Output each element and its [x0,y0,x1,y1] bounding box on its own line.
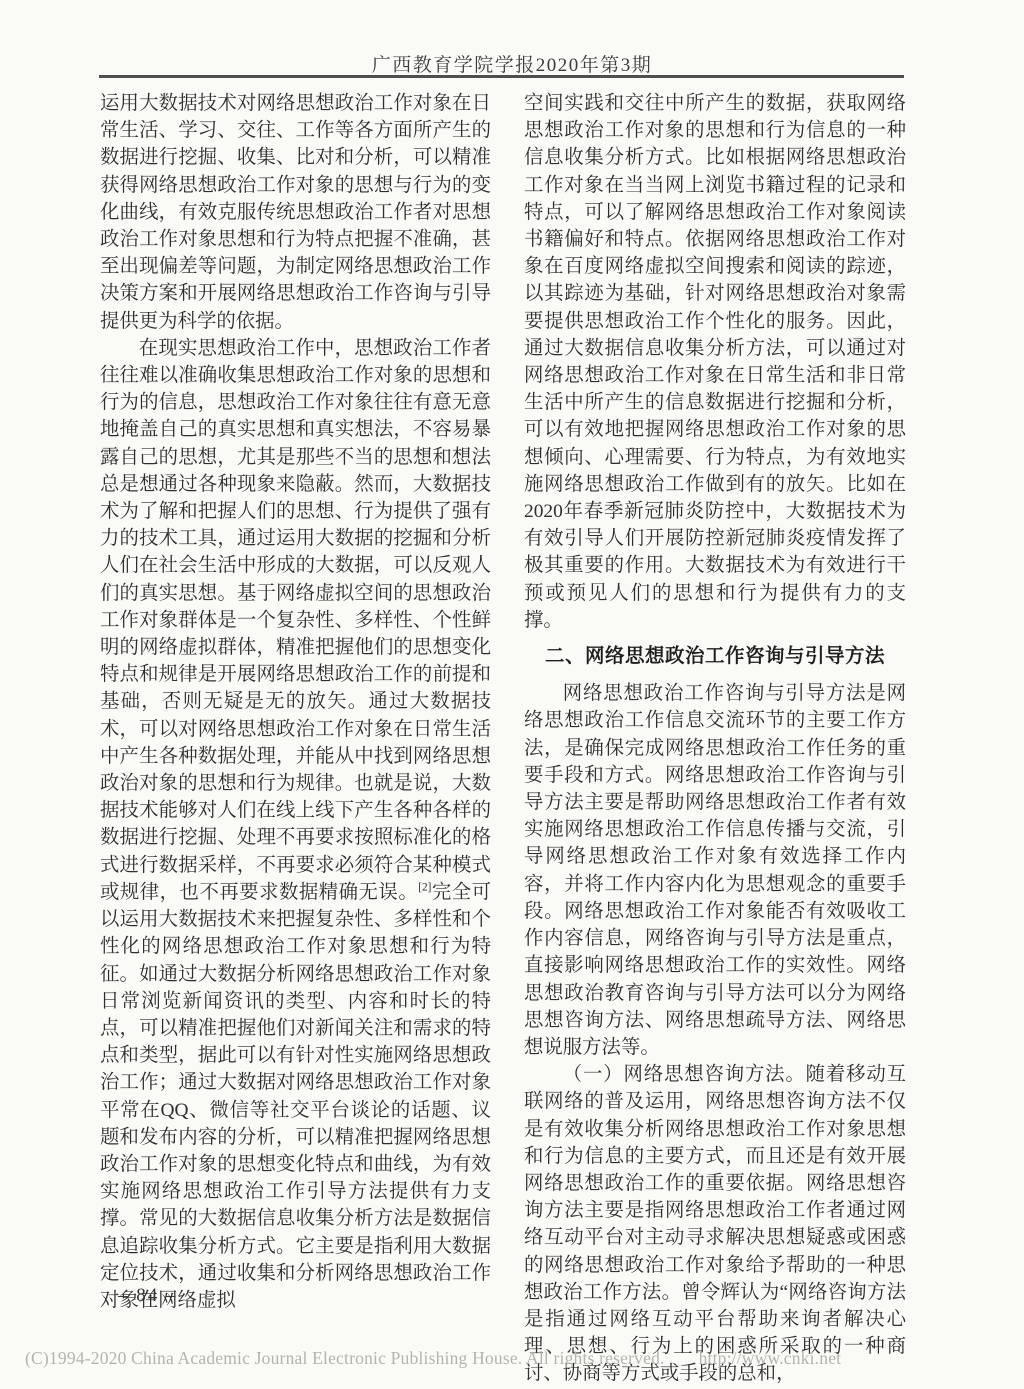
section-heading: 二、网络思想政治工作咨询与引导方法 [524,643,906,670]
right-column: 空间实践和交往中所产生的数据，获取网络思想政治工作对象的思想和行为信息的一种信息… [524,90,906,1388]
paragraph-continuation-from-previous-page: 运用大数据技术对网络思想政治工作对象在日常生活、学习、交往、工作等各方面所产生的… [100,90,491,335]
paragraph: 网络思想政治工作咨询与引导方法是网络思想政治工作信息交流环节的主要工作方法，是确… [524,680,906,1061]
copyright-footer: (C)1994-2020 China Academic Journal Elec… [25,1348,1005,1369]
page-number: – 84 – [118,1285,178,1307]
left-column: 运用大数据技术对网络思想政治工作对象在日常生活、学习、交往、工作等各方面所产生的… [100,90,491,1314]
footnote-ref-2: [2] [418,881,431,893]
journal-page: 广西教育学院学报2020年第3期 运用大数据技术对网络思想政治工作对象在日常生活… [0,0,1024,1389]
copyright-text: (C)1994-2020 China Academic Journal Elec… [25,1348,665,1368]
paragraph: 在现实思想政治工作中，思想政治工作者往往难以准确收集思想政治工作对象的思想和行为… [100,335,491,1314]
header-rule [99,75,904,78]
paragraph-text: 在现实思想政治工作中，思想政治工作者往往难以准确收集思想政治工作对象的思想和行为… [100,338,491,903]
cnki-url: http://www.cnki.net [699,1348,842,1368]
paragraph-text: 完全可以运用大数据技术来把握复杂性、多样性和个性化的网络思想政治工作对象思想和行… [100,882,491,1311]
paragraph-continuation-from-left-column: 空间实践和交往中所产生的数据，获取网络思想政治工作对象的思想和行为信息的一种信息… [524,90,906,634]
paragraph: （一）网络思想咨询方法。随着移动互联网络的普及运用，网络思想咨询方法不仅是有效收… [524,1061,906,1387]
journal-header-title: 广西教育学院学报2020年第3期 [0,50,1024,77]
